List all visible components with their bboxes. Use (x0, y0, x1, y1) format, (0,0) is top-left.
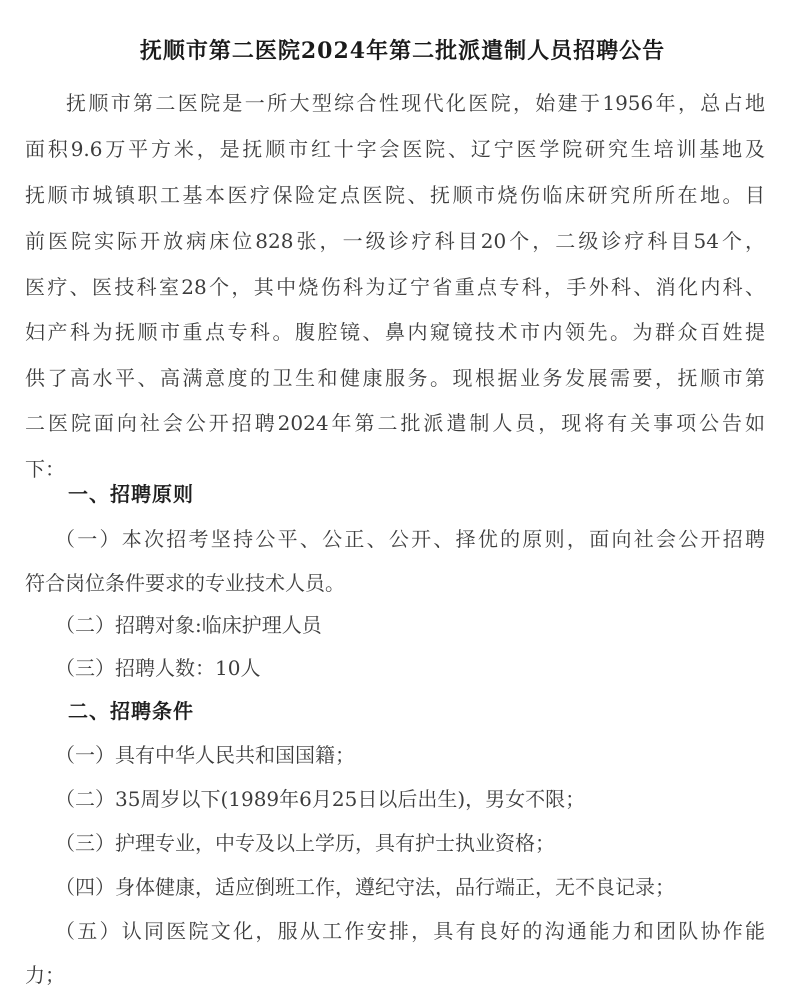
section-item-line: （一）具有中华人民共和国国籍； (55, 741, 765, 769)
section-item-line: （三）护理专业，中专及以上学历，具有护士执业资格； (55, 829, 765, 857)
section-item-line: （四）身体健康，适应倒班工作，遵纪守法，品行端正，无不良记录； (55, 873, 765, 901)
section-item-line: （三）招聘人数：10人 (55, 654, 765, 682)
intro-line: 医疗、医技科室28个，其中烧伤科为辽宁省重点专科，手外科、消化内科、 (25, 273, 765, 301)
intro-line: 前医院实际开放病床位828张，一级诊疗科目20个，二级诊疗科目54个， (25, 227, 765, 255)
intro-line: 面积9.6万平方米，是抚顺市红十字会医院、辽宁医学院研究生培训基地及 (25, 135, 765, 163)
intro-line: 供了高水平、高满意度的卫生和健康服务。现根据业务发展需要，抚顺市第 (25, 364, 765, 392)
document-page: 抚顺市第二医院2024年第二批派遣制人员招聘公告 抚顺市第二医院是一所大型综合性… (0, 0, 805, 1002)
intro-line: 妇产科为抚顺市重点专科。腹腔镜、鼻内窥镜技术市内领先。为群众百姓提 (25, 318, 765, 346)
section-heading: 二、招聘条件 (68, 697, 194, 725)
section-item-line: 符合岗位条件要求的专业技术人员。 (25, 569, 765, 597)
intro-line: 抚顺市第二医院是一所大型综合性现代化医院，始建于1956年，总占地 (66, 89, 765, 117)
section-item-line: （二）35周岁以下(1989年6月25日以后出生)，男女不限； (55, 785, 765, 813)
intro-line: 下： (25, 455, 765, 483)
intro-line: 二医院面向社会公开招聘2024年第二批派遣制人员，现将有关事项公告如 (25, 409, 765, 437)
document-title: 抚顺市第二医院2024年第二批派遣制人员招聘公告 (0, 36, 805, 66)
section-item-line: （一）本次招考坚持公平、公正、公开、择优的原则，面向社会公开招聘 (55, 525, 765, 553)
section-item-line: （二）招聘对象:临床护理人员 (55, 611, 765, 639)
section-item-line: （五）认同医院文化，服从工作安排，具有良好的沟通能力和团队协作能 (55, 917, 765, 945)
section-heading: 一、招聘原则 (68, 480, 194, 508)
intro-line: 抚顺市城镇职工基本医疗保险定点医院、抚顺市烧伤临床研究所所在地。目 (25, 181, 765, 209)
section-item-line: 力； (25, 961, 765, 989)
